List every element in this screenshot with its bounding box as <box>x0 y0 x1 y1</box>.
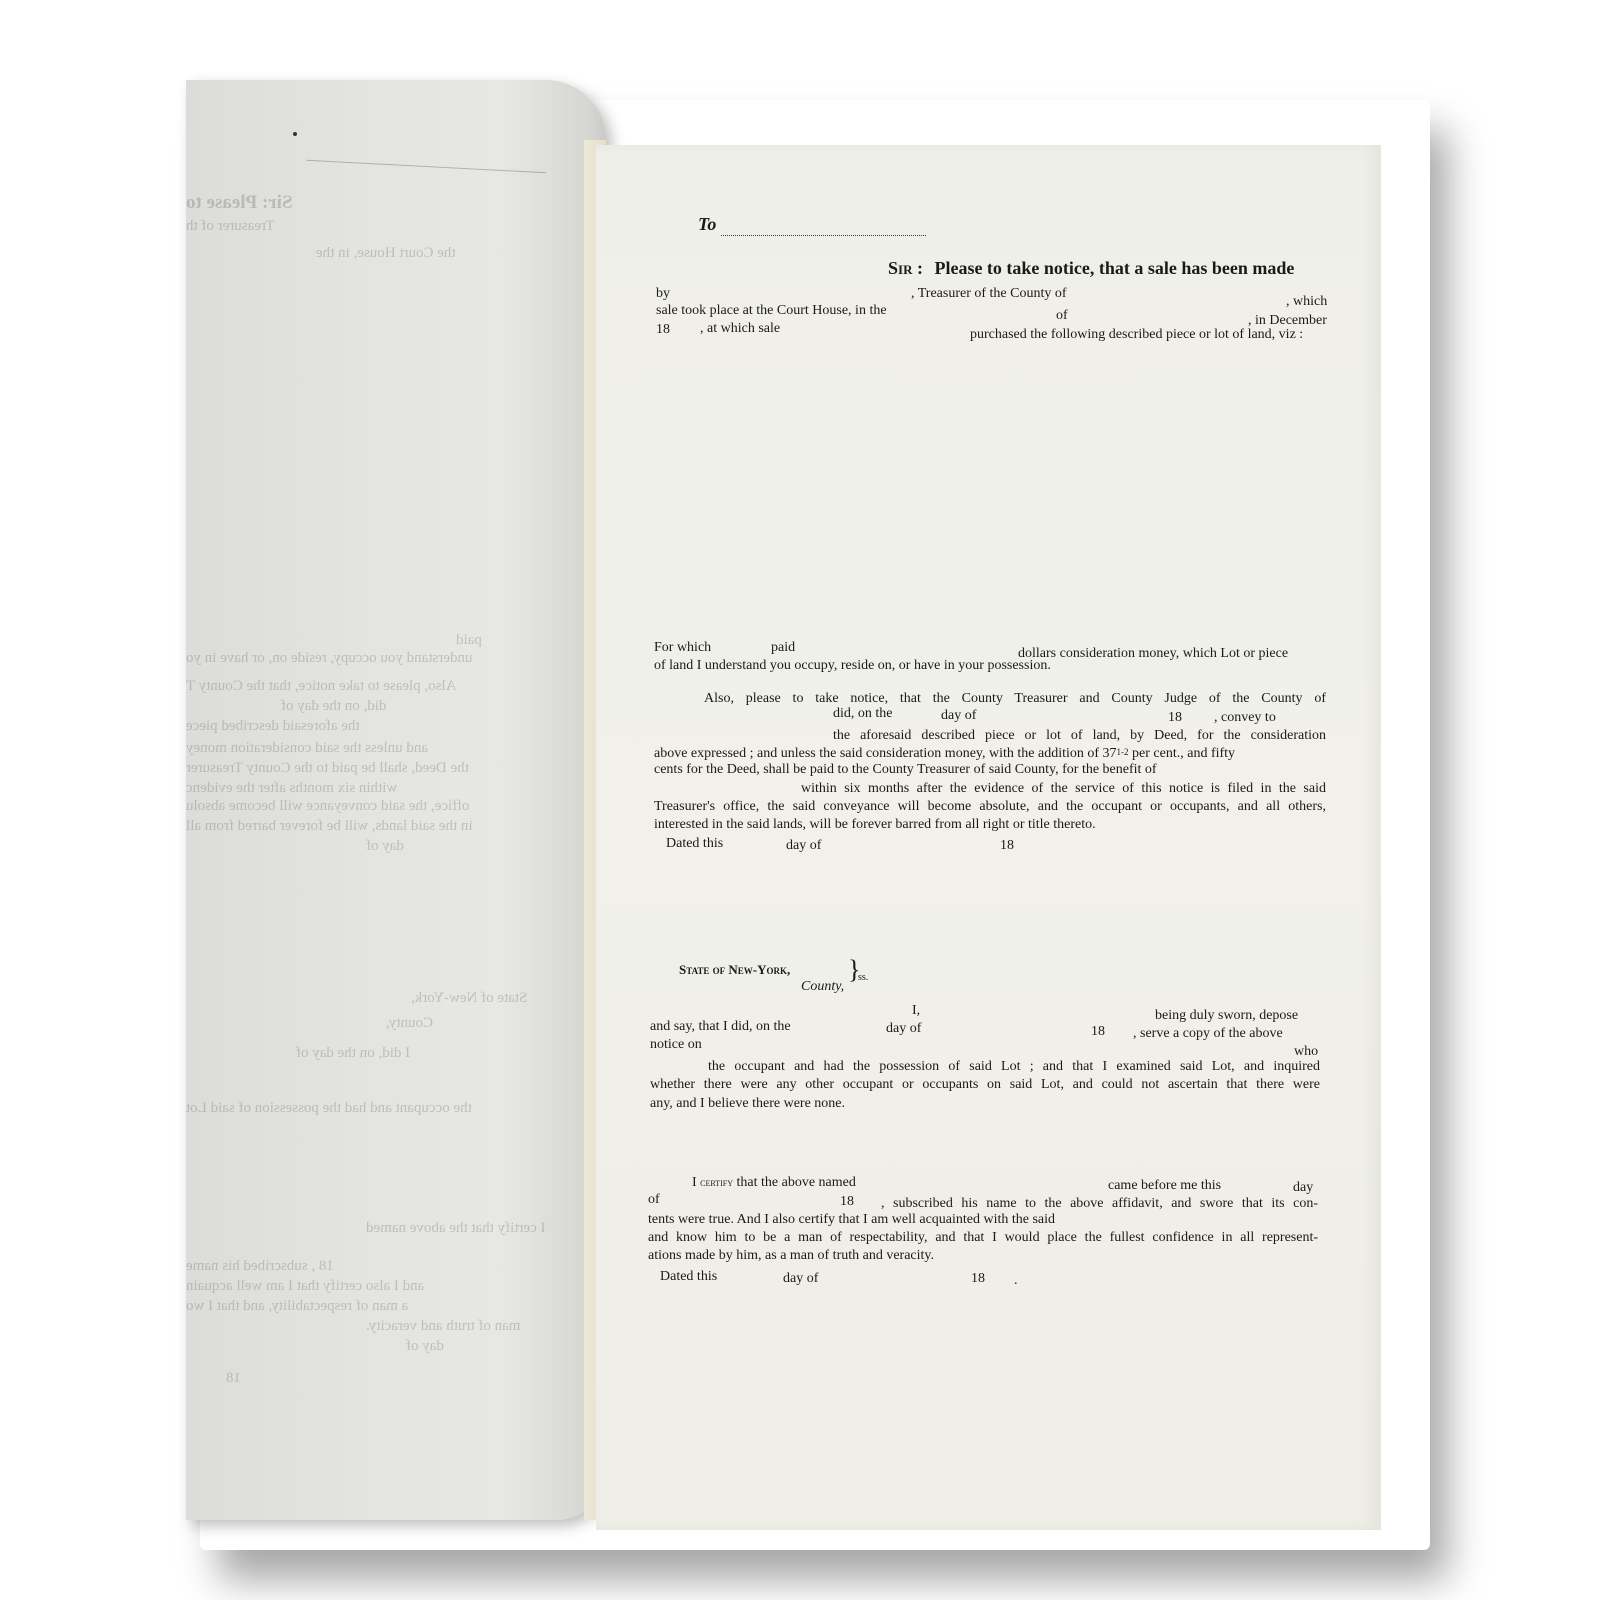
ghost-line: Treasurer of th <box>186 218 275 235</box>
text: I <box>692 1175 697 1190</box>
text: 18 <box>1168 709 1182 727</box>
text: 18 <box>1091 1023 1105 1041</box>
text: the occupant and had the possession of s… <box>708 1058 1320 1076</box>
text: interested in the said lands, will be fo… <box>654 816 1096 834</box>
text: that the above named <box>737 1175 856 1190</box>
text: day of <box>783 1270 818 1288</box>
certify-lead: I certify that the above named <box>692 1173 856 1192</box>
ghost-line: and unless the said consideration money <box>186 740 428 757</box>
text: 18 <box>971 1270 985 1288</box>
to-label: To <box>698 215 716 233</box>
ghost-line: did, on the day of <box>281 698 386 715</box>
ghost-line: within six months after the evidenc <box>186 780 397 797</box>
right-page: To Sir : Please to take notice, that a s… <box>596 145 1381 1530</box>
state-heading: State of New-York, <box>679 961 790 979</box>
ghost-line: I did, on the day of <box>296 1045 410 1062</box>
text: any, and I believe there were none. <box>650 1095 845 1113</box>
left-page: Sir: Please to Treasurer of th the Court… <box>186 80 606 1520</box>
text: notice on <box>650 1036 702 1054</box>
salutation: Sir : <box>888 258 923 278</box>
text: paid <box>771 639 795 657</box>
text: of <box>1056 307 1068 325</box>
text: per cent., and fifty <box>1129 746 1236 761</box>
certify-smallcaps: certify <box>700 1175 733 1189</box>
text: For which <box>654 639 711 657</box>
ghost-line: day of <box>406 1338 444 1355</box>
ghost-line: a man of respectability, and that I wo <box>186 1298 408 1315</box>
headline: Please to take notice, that a sale has b… <box>934 258 1294 278</box>
text: day of <box>886 1020 921 1038</box>
to-blank-line <box>721 234 926 236</box>
ss-label: ss. <box>858 969 868 987</box>
ghost-line: 18 , subscribed his name <box>186 1258 334 1275</box>
text: Treasurer's office, the said conveyance … <box>654 798 1326 816</box>
ghost-line: the aforesaid described piece <box>186 718 360 735</box>
text: , convey to <box>1214 709 1276 727</box>
text: whether there were any other occupant or… <box>650 1076 1320 1094</box>
text: ations made by him, as a man of truth an… <box>648 1247 934 1265</box>
ghost-line: Also, please to take notice, that the Co… <box>186 678 457 695</box>
text: purchased the following described piece … <box>970 326 1303 344</box>
text: 18 <box>1000 837 1014 855</box>
ghost-line: the Court House, in the <box>316 245 456 262</box>
text: 18 <box>656 321 670 339</box>
ghost-line: 18 <box>226 1370 241 1387</box>
text: above expressed ; and unless the said co… <box>654 746 1117 761</box>
text: came before me this <box>1108 1177 1221 1195</box>
text: Also, please to take notice, that the Co… <box>704 690 1326 708</box>
ghost-line: the occupant and had the possession of s… <box>186 1100 472 1117</box>
text: being duly sworn, depose <box>1155 1007 1298 1025</box>
text: tents were true. And I also certify that… <box>648 1211 1055 1229</box>
ghost-line: office, the said conveyance will become … <box>186 798 469 815</box>
ghost-line: State of New-York, <box>411 990 527 1007</box>
ghost-to-line <box>306 160 546 174</box>
text: Dated this <box>666 835 723 853</box>
ghost-line: County, <box>386 1015 433 1032</box>
text: and know him to be a man of respectabili… <box>648 1229 1318 1247</box>
ghost-line: in the said lands, will be forever barre… <box>186 818 473 835</box>
fraction: 1-2 <box>1117 747 1129 757</box>
text: cents for the Deed, shall be paid to the… <box>654 761 1157 779</box>
text: sale took place at the Court House, in t… <box>656 302 887 320</box>
ghost-line: Sir: Please to <box>186 192 293 214</box>
text: , at which sale <box>700 320 780 338</box>
text: . <box>1014 1272 1018 1290</box>
ghost-line: paid <box>456 632 482 649</box>
text: 18 <box>840 1193 854 1211</box>
ghost-line: and I also certify that I am well acquai… <box>186 1278 424 1295</box>
text: Dated this <box>660 1268 717 1286</box>
text: within six months after the evidence of … <box>801 780 1326 798</box>
text: , serve a copy of the above <box>1133 1025 1283 1043</box>
text: and say, that I did, on the <box>650 1018 791 1036</box>
ghost-line: understand you occupy, reside on, or hav… <box>186 650 472 667</box>
text: of <box>648 1191 660 1209</box>
ghost-line: the Deed, shall be paid to the County Tr… <box>186 760 469 777</box>
text: by <box>656 285 670 303</box>
notice-headline: Sir : Please to take notice, that a sale… <box>888 259 1294 280</box>
text-with-fraction: above expressed ; and unless the said co… <box>654 743 1326 763</box>
text: dollars consideration money, which Lot o… <box>1018 645 1288 663</box>
text: , which <box>1286 293 1327 311</box>
text: did, on the <box>833 705 893 723</box>
text: of land I understand you occupy, reside … <box>654 657 1051 675</box>
county-label: County, <box>801 978 844 996</box>
ghost-line: day of <box>366 838 404 855</box>
ghost-line: I certify that the above named <box>366 1220 546 1237</box>
ink-speck <box>293 132 297 136</box>
text: day of <box>941 707 976 725</box>
text: , Treasurer of the County of <box>911 285 1067 303</box>
text: day of <box>786 837 821 855</box>
ghost-line: man of truth and veracity. <box>366 1318 520 1335</box>
text: I, <box>912 1002 920 1020</box>
